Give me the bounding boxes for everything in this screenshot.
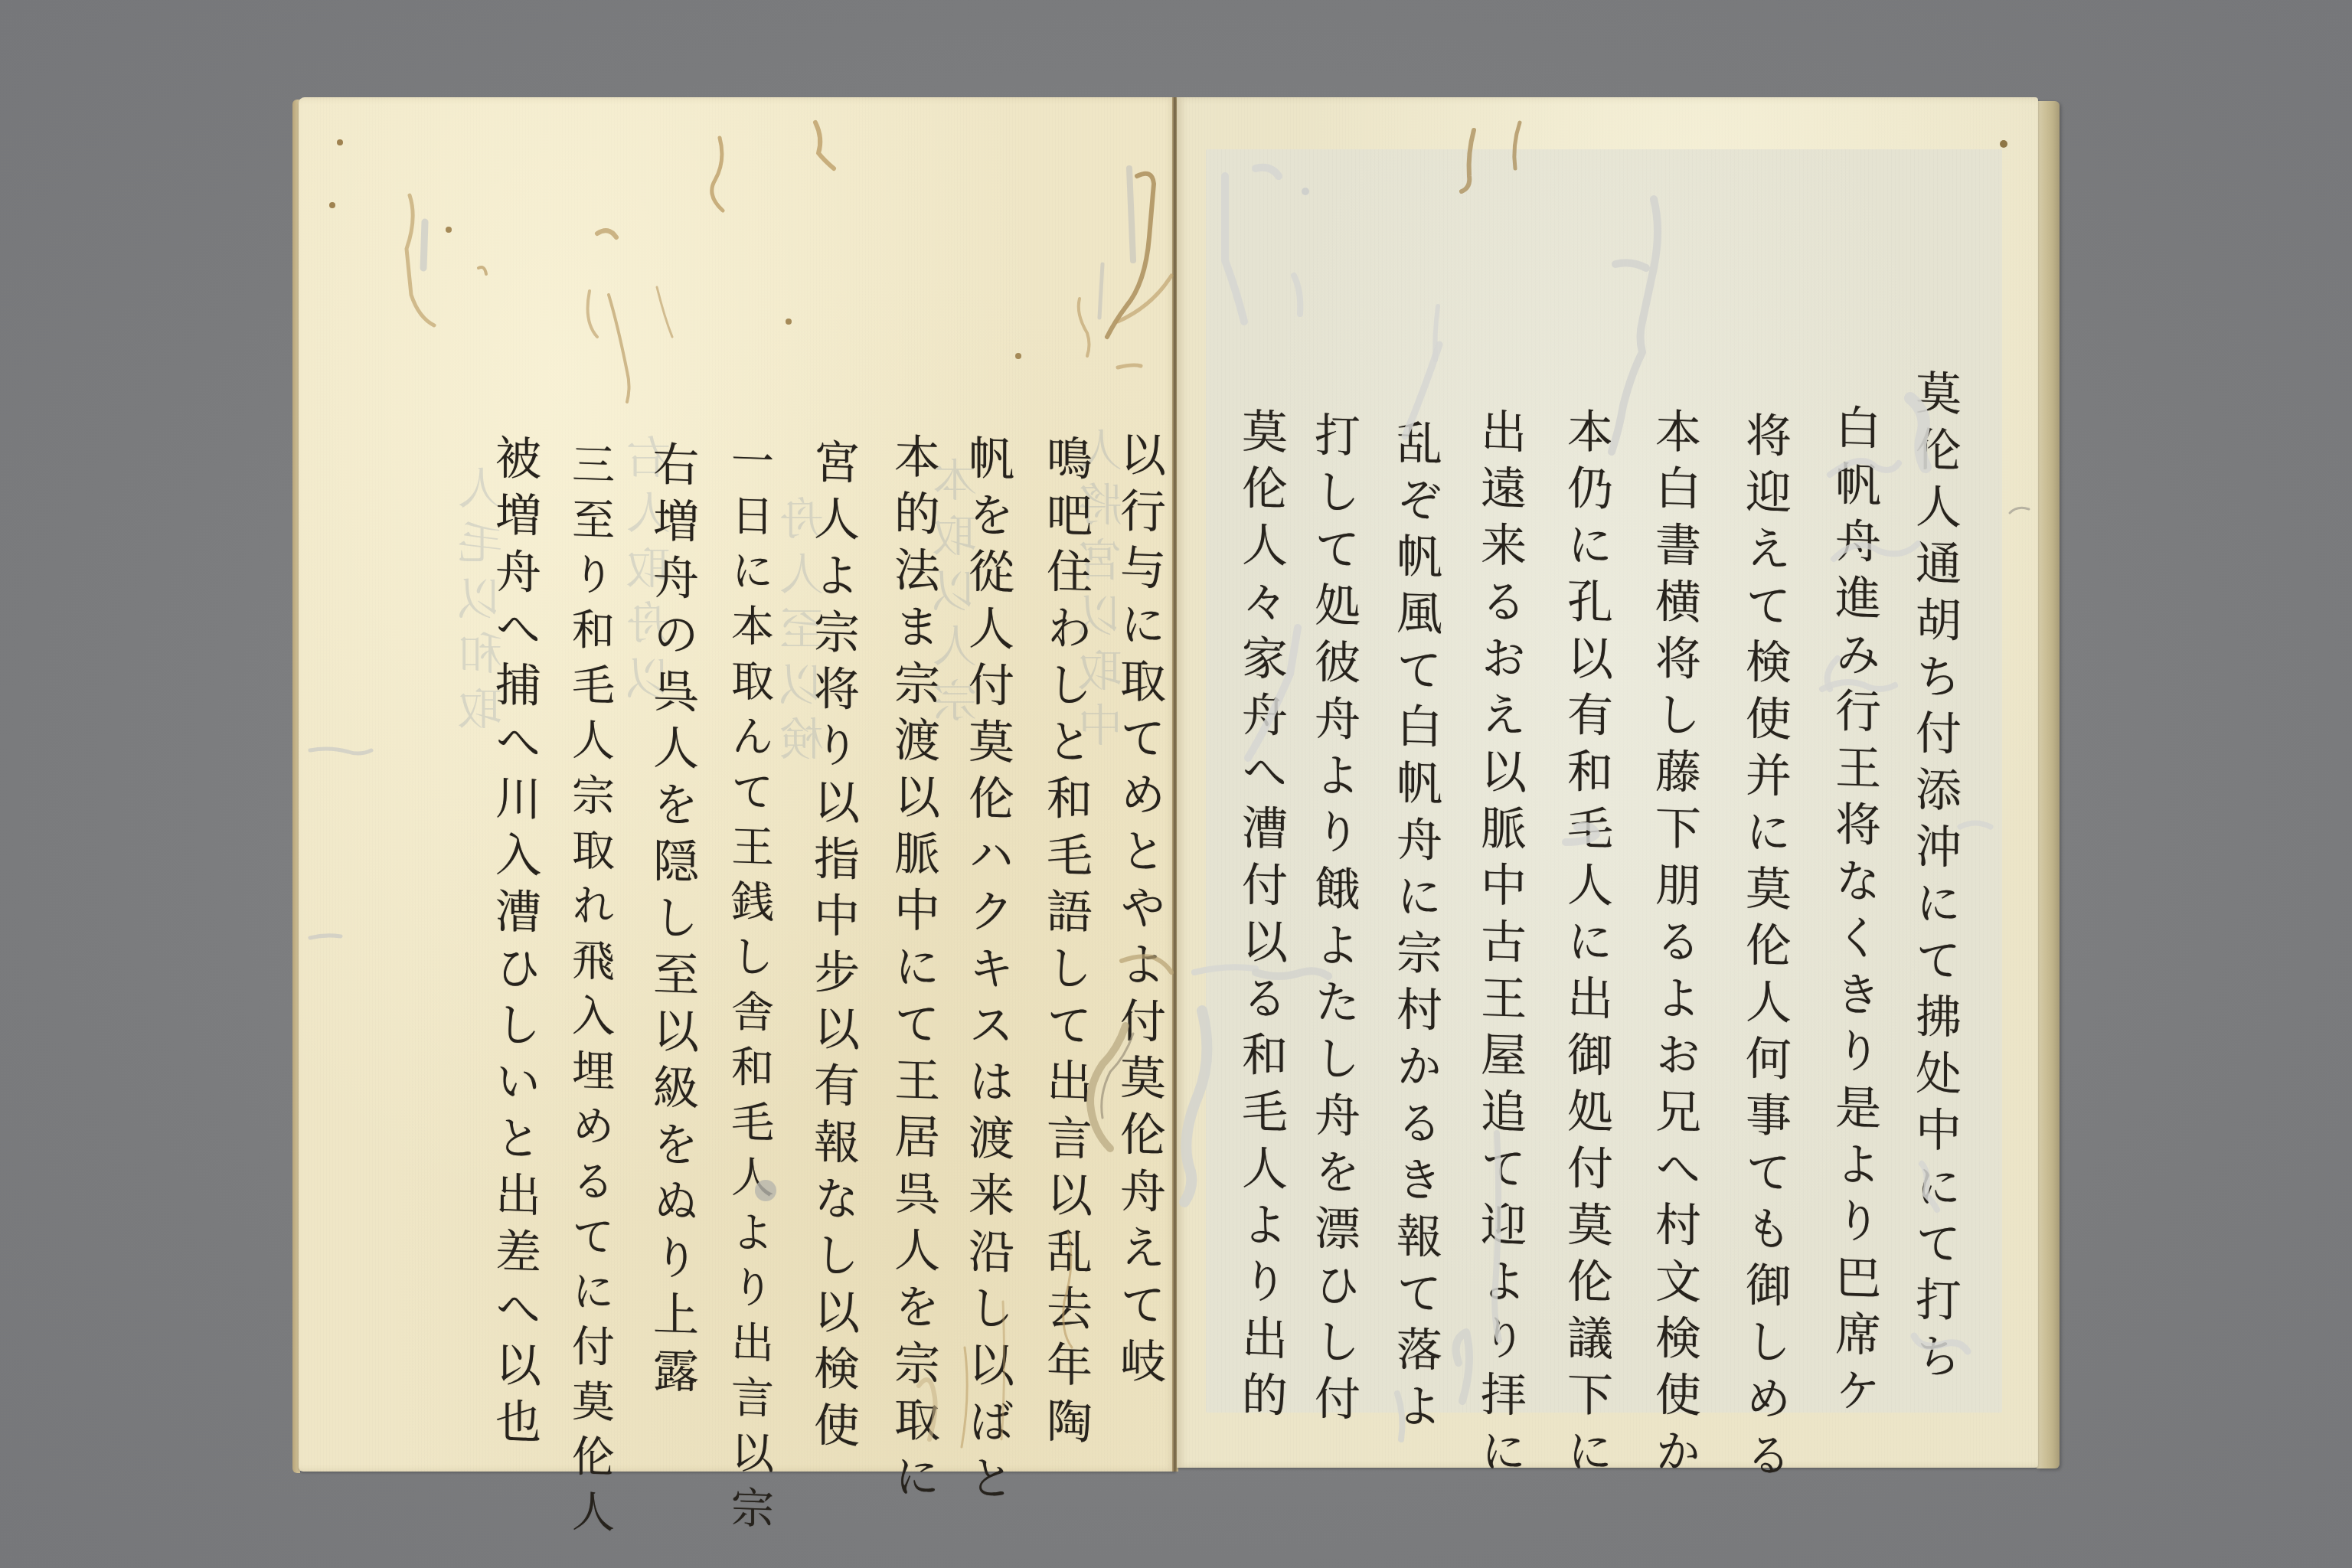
right-page-stack-edge	[2037, 101, 2060, 1468]
text-column: 将迎えて検使并に莫伦人何事ても御しめる	[1742, 410, 1788, 1488]
text-column: 以行与に取てめとやよ付莫伦舟えて岐	[1116, 430, 1162, 1394]
text-column: 本仍に孔以有和毛人に出御処付莫伦議下に	[1563, 407, 1609, 1485]
text-column: 莫伦人通胡ち付添沖にて拂处中にて打ち	[1912, 368, 1958, 1390]
text-column: 一日に本取んて王銭し舎和毛人より出言以宗	[727, 437, 770, 1541]
text-column: 白帆舟進み行王将なくきり是より巴席ケ	[1831, 403, 1877, 1424]
text-column: 右増舟の呉人を隠し至以級をぬり上露	[649, 439, 695, 1404]
text-column: 本白書横将し藤下朋るよお兄へ村文検使か	[1651, 407, 1697, 1485]
text-column: 宮人よ宗将り以指中步以有報なし以検使	[810, 437, 856, 1459]
right-page: 莫伦人通胡ち付添沖にて拂处中にて打ち 白帆舟進み行王将なくきり是より巴席ケ 将迎…	[1177, 97, 2038, 1468]
text-column: 鳴吧住わしと和毛語して出言以乱去年陶	[1043, 433, 1089, 1455]
text-column: 打して処彼舟より餓よたし舟を漂ひし付	[1311, 410, 1357, 1432]
book-spread: 人將宮以取中 本取以人宗 舟人至以検 右人取舟以 人毛以和取 以行与に取てめとや…	[0, 0, 2352, 1568]
text-column: 出遠来るおえ以脈中古王屋追て迎より拝に	[1477, 407, 1523, 1485]
text-column: 乱ぞ帆風て白帆舟に宗村かるき報て落よ	[1393, 418, 1439, 1439]
text-column: 被増舟へ捕へ川入漕ひしいと出差へ以也	[492, 433, 537, 1455]
text-column: 三至り和毛人宗取れ飛入埋めるてに付莫伦人	[568, 441, 611, 1545]
left-page: 人將宮以取中 本取以人宗 舟人至以検 右人取舟以 人毛以和取 以行与に取てめとや…	[299, 97, 1176, 1472]
text-column: 莫伦人々家舟へ漕付以る和毛人より出的	[1238, 407, 1284, 1428]
text-column: 本的法ま宗渡以脈中にて王居呉人を宗取に	[890, 432, 936, 1510]
text-column: 帆を從人付莫伦ハクキスは渡来沿し以ばと	[965, 433, 1011, 1511]
